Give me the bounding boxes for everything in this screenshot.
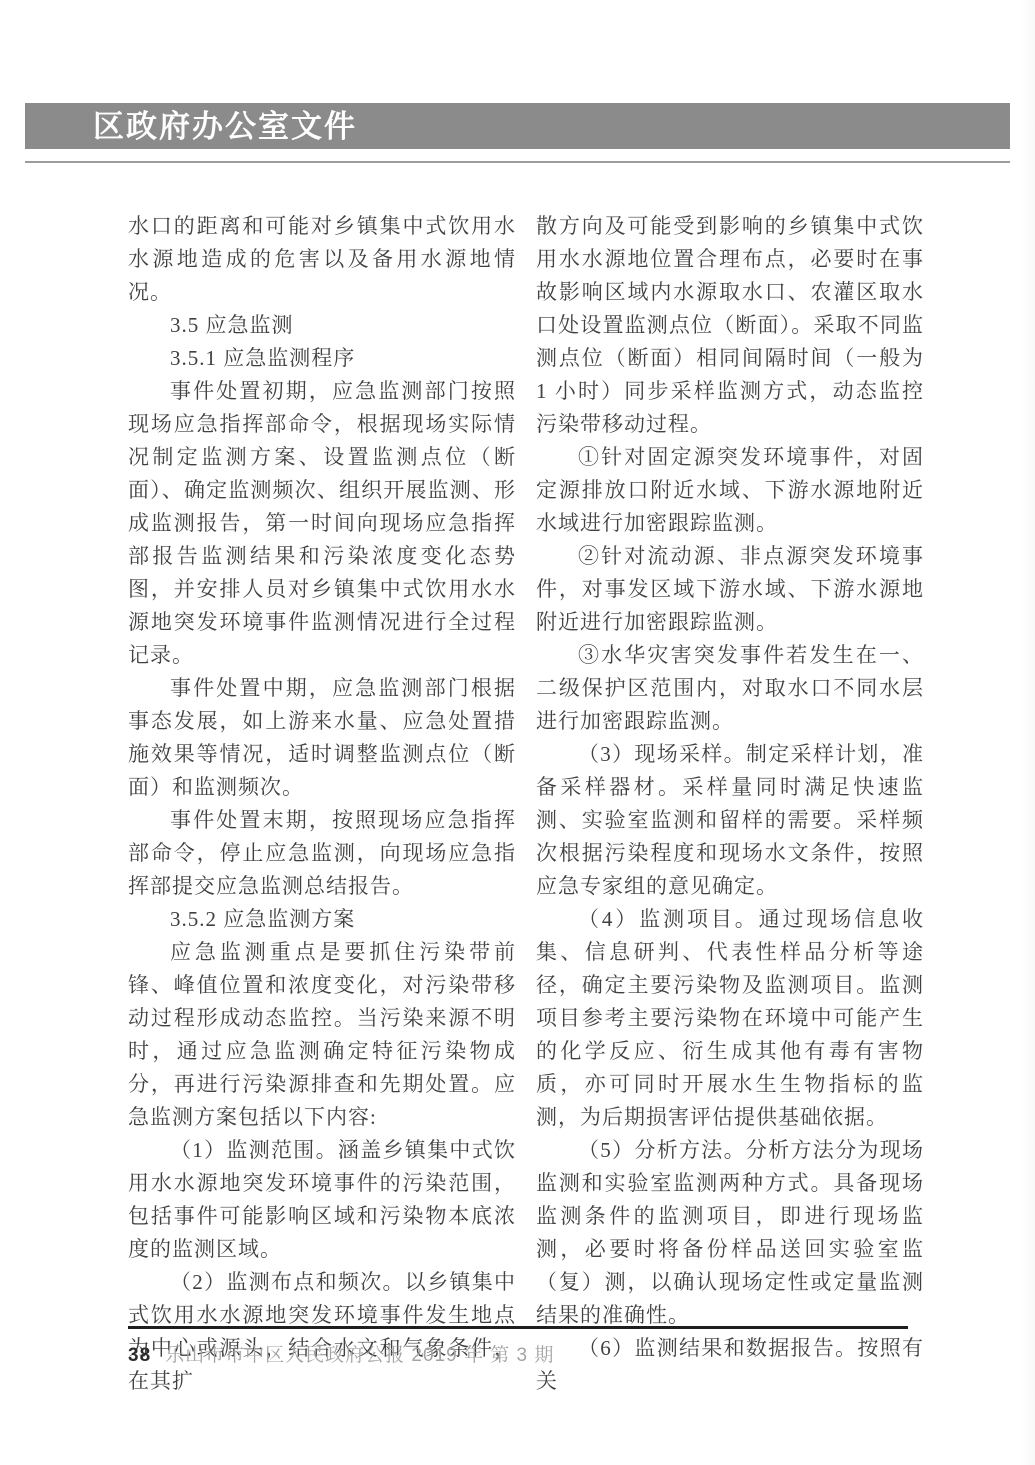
page-title: 区政府办公室文件 — [93, 111, 357, 142]
footer-text: 38乐山市市中区人民政府公报 2019 年 第 3 期 — [128, 1340, 908, 1367]
section-heading: 3.5 应急监测 — [128, 309, 516, 342]
publication-info: 乐山市市中区人民政府公报 2019 年 第 3 期 — [165, 1345, 554, 1366]
paragraph: ②针对流动源、非点源突发环境事件，对事发区域下游水域、下游水源地附近进行加密跟踪… — [536, 540, 924, 639]
paragraph: ③水华灾害突发事件若发生在一、二级保护区范围内，对取水口不同水层进行加密跟踪监测… — [536, 639, 924, 738]
paragraph: 应急监测重点是要抓住污染带前锋、峰值位置和浓度变化，对污染带移动过程形成动态监控… — [128, 936, 516, 1134]
document-page: 区政府办公室文件 水口的距离和可能对乡镇集中式饮用水水源地造成的危害以及备用水源… — [0, 0, 1035, 1465]
section-heading: 3.5.2 应急监测方案 — [128, 903, 516, 936]
paragraph: 事件处置初期，应急监测部门按照现场应急指挥部命令，根据现场实际情况制定监测方案、… — [128, 375, 516, 672]
paragraph: 散方向及可能受到影响的乡镇集中式饮用水水源地位置合理布点，必要时在事故影响区域内… — [536, 210, 924, 441]
page-footer: 38乐山市市中区人民政府公报 2019 年 第 3 期 — [128, 1326, 908, 1367]
header-divider — [25, 161, 1010, 163]
paragraph: 事件处置末期，按照现场应急指挥部命令，停止应急监测，向现场应急指挥部提交应急监测… — [128, 804, 516, 903]
footer-divider — [128, 1326, 908, 1329]
paragraph: （3）现场采样。制定采样计划，准备采样器材。采样量同时满足快速监测、实验室监测和… — [536, 738, 924, 903]
left-column: 水口的距离和可能对乡镇集中式饮用水水源地造成的危害以及备用水源地情况。 3.5 … — [128, 210, 516, 1398]
paragraph: （1）监测范围。涵盖乡镇集中式饮用水水源地突发环境事件的污染范围，包括事件可能影… — [128, 1134, 516, 1266]
paragraph: 事件处置中期，应急监测部门根据事态发展，如上游来水量、应急处置措施效果等情况，适… — [128, 672, 516, 804]
paragraph: ①针对固定源突发环境事件，对固定源排放口附近水域、下游水源地附近水域进行加密跟踪… — [536, 441, 924, 540]
document-body: 水口的距离和可能对乡镇集中式饮用水水源地造成的危害以及备用水源地情况。 3.5 … — [128, 210, 924, 1398]
paragraph: （5）分析方法。分析方法分为现场监测和实验室监测两种方式。具备现场监测条件的监测… — [536, 1134, 924, 1332]
right-column: 散方向及可能受到影响的乡镇集中式饮用水水源地位置合理布点，必要时在事故影响区域内… — [536, 210, 924, 1398]
page-number: 38 — [128, 1345, 151, 1366]
paragraph: 水口的距离和可能对乡镇集中式饮用水水源地造成的危害以及备用水源地情况。 — [128, 210, 516, 309]
header-bar: 区政府办公室文件 — [25, 103, 1010, 149]
section-heading: 3.5.1 应急监测程序 — [128, 342, 516, 375]
paragraph: （4）监测项目。通过现场信息收集、信息研判、代表性样品分析等途径，确定主要污染物… — [536, 903, 924, 1134]
